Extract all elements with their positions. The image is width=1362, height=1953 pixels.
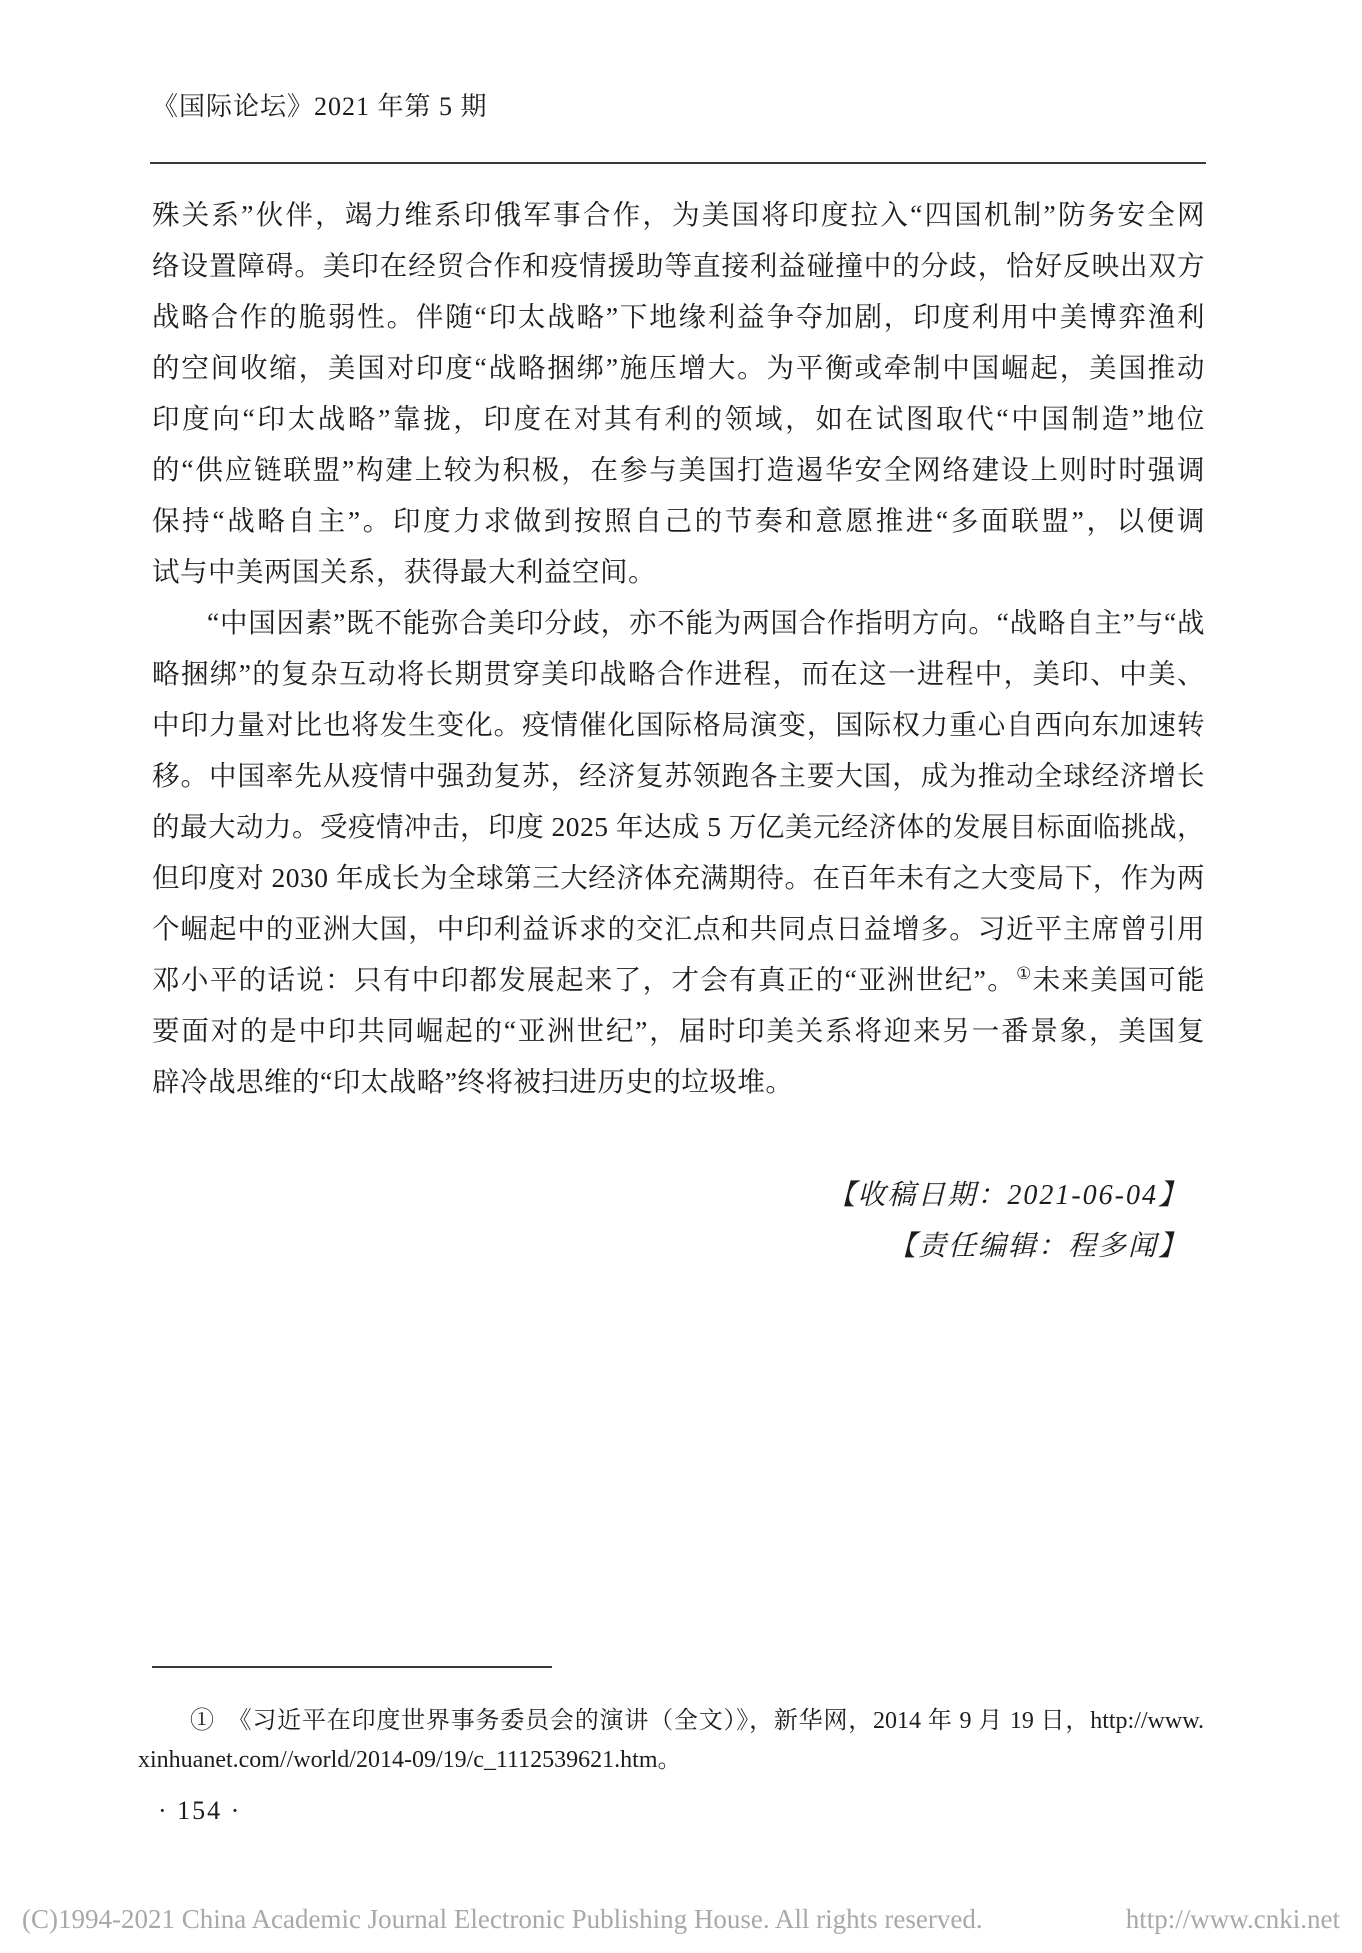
footnote-line: ① 《习近平在印度世界事务委员会的演讲（全文）》，新华网，2014 年 9 月 … bbox=[138, 1702, 1204, 1741]
body-line: 中印力量对比也将发生变化。疫情催化国际格局演变，国际权力重心自西向东加速转 bbox=[152, 699, 1205, 750]
body-line: 保持“战略自主”。印度力求做到按照自己的节奏和意愿推进“多面联盟”，以便调 bbox=[152, 495, 1205, 546]
body-line: 的最大动力。受疫情冲击，印度 2025 年达成 5 万亿美元经济体的发展目标面临… bbox=[152, 801, 1205, 852]
header-rule bbox=[150, 162, 1206, 164]
article-body: 殊关系”伙伴，竭力维系印俄军事合作，为美国将印度拉入“四国机制”防务安全网 络设… bbox=[152, 189, 1205, 1107]
body-line: 辟冷战思维的“印太战略”终将被扫进历史的垃圾堆。 bbox=[152, 1056, 1205, 1107]
body-line: 战略合作的脆弱性。伴随“印太战略”下地缘利益争夺加剧，印度利用中美博弈渔利 bbox=[152, 291, 1205, 342]
body-line: 要面对的是中印共同崛起的“亚洲世纪”，届时印美关系将迎来另一番景象，美国复 bbox=[152, 1005, 1205, 1056]
body-line: 略捆绑”的复杂互动将长期贯穿美印战略合作进程，而在这一进程中，美印、中美、 bbox=[152, 648, 1205, 699]
body-line: 的空间收缩，美国对印度“战略捆绑”施压增大。为平衡或牵制中国崛起，美国推动 bbox=[152, 342, 1205, 393]
journal-header: 《国际论坛》2021 年第 5 期 bbox=[152, 86, 488, 123]
body-line-with-footnote-ref: 邓小平的话说：只有中印都发展起来了，才会有真正的“亚洲世纪”。①未来美国可能 bbox=[152, 954, 1205, 1005]
body-line: 络设置障碍。美印在经贸合作和疫情援助等直接利益碰撞中的分歧，恰好反映出双方 bbox=[152, 240, 1205, 291]
cnki-footer: (C)1994-2021 China Academic Journal Elec… bbox=[0, 1896, 1362, 1942]
footnote-reference-marker: ① bbox=[1016, 964, 1033, 983]
footnote: ① 《习近平在印度世界事务委员会的演讲（全文）》，新华网，2014 年 9 月 … bbox=[138, 1702, 1204, 1780]
article-backmatter: 【收稿日期：2021-06-04】 【责任编辑：程多闻】 bbox=[152, 1170, 1188, 1272]
footnote-line: xinhuanet.com//world/2014-09/19/c_111253… bbox=[138, 1741, 1204, 1780]
page-number: · 154 · bbox=[158, 1796, 241, 1826]
footnote-separator bbox=[152, 1666, 552, 1668]
body-line: “中国因素”既不能弥合美印分歧，亦不能为两国合作指明方向。“战略自主”与“战 bbox=[152, 597, 1205, 648]
body-line: 试与中美两国关系，获得最大利益空间。 bbox=[152, 546, 1205, 597]
body-text-segment: 未来美国可能 bbox=[1033, 964, 1205, 995]
body-line: 殊关系”伙伴，竭力维系印俄军事合作，为美国将印度拉入“四国机制”防务安全网 bbox=[152, 189, 1205, 240]
body-line: 个崛起中的亚洲大国，中印利益诉求的交汇点和共同点日益增多。习近平主席曾引用 bbox=[152, 903, 1205, 954]
footer-url: http://www.cnki.net bbox=[1126, 1904, 1340, 1935]
body-text-segment: 邓小平的话说：只有中印都发展起来了，才会有真正的“亚洲世纪”。 bbox=[152, 964, 1016, 995]
journal-page: 《国际论坛》2021 年第 5 期 殊关系”伙伴，竭力维系印俄军事合作，为美国将… bbox=[0, 0, 1362, 1953]
received-date-line: 【收稿日期：2021-06-04】 bbox=[152, 1170, 1188, 1221]
body-line: 但印度对 2030 年成长为全球第三大经济体充满期待。在百年未有之大变局下，作为… bbox=[152, 852, 1205, 903]
body-line: 移。中国率先从疫情中强劲复苏，经济复苏领跑各主要大国，成为推动全球经济增长 bbox=[152, 750, 1205, 801]
body-line: 印度向“印太战略”靠拢，印度在对其有利的领域，如在试图取代“中国制造”地位 bbox=[152, 393, 1205, 444]
responsible-editor-line: 【责任编辑：程多闻】 bbox=[152, 1221, 1188, 1272]
footer-copyright: (C)1994-2021 China Academic Journal Elec… bbox=[22, 1904, 983, 1935]
body-line: 的“供应链联盟”构建上较为积极，在参与美国打造遏华安全网络建设上则时时强调 bbox=[152, 444, 1205, 495]
